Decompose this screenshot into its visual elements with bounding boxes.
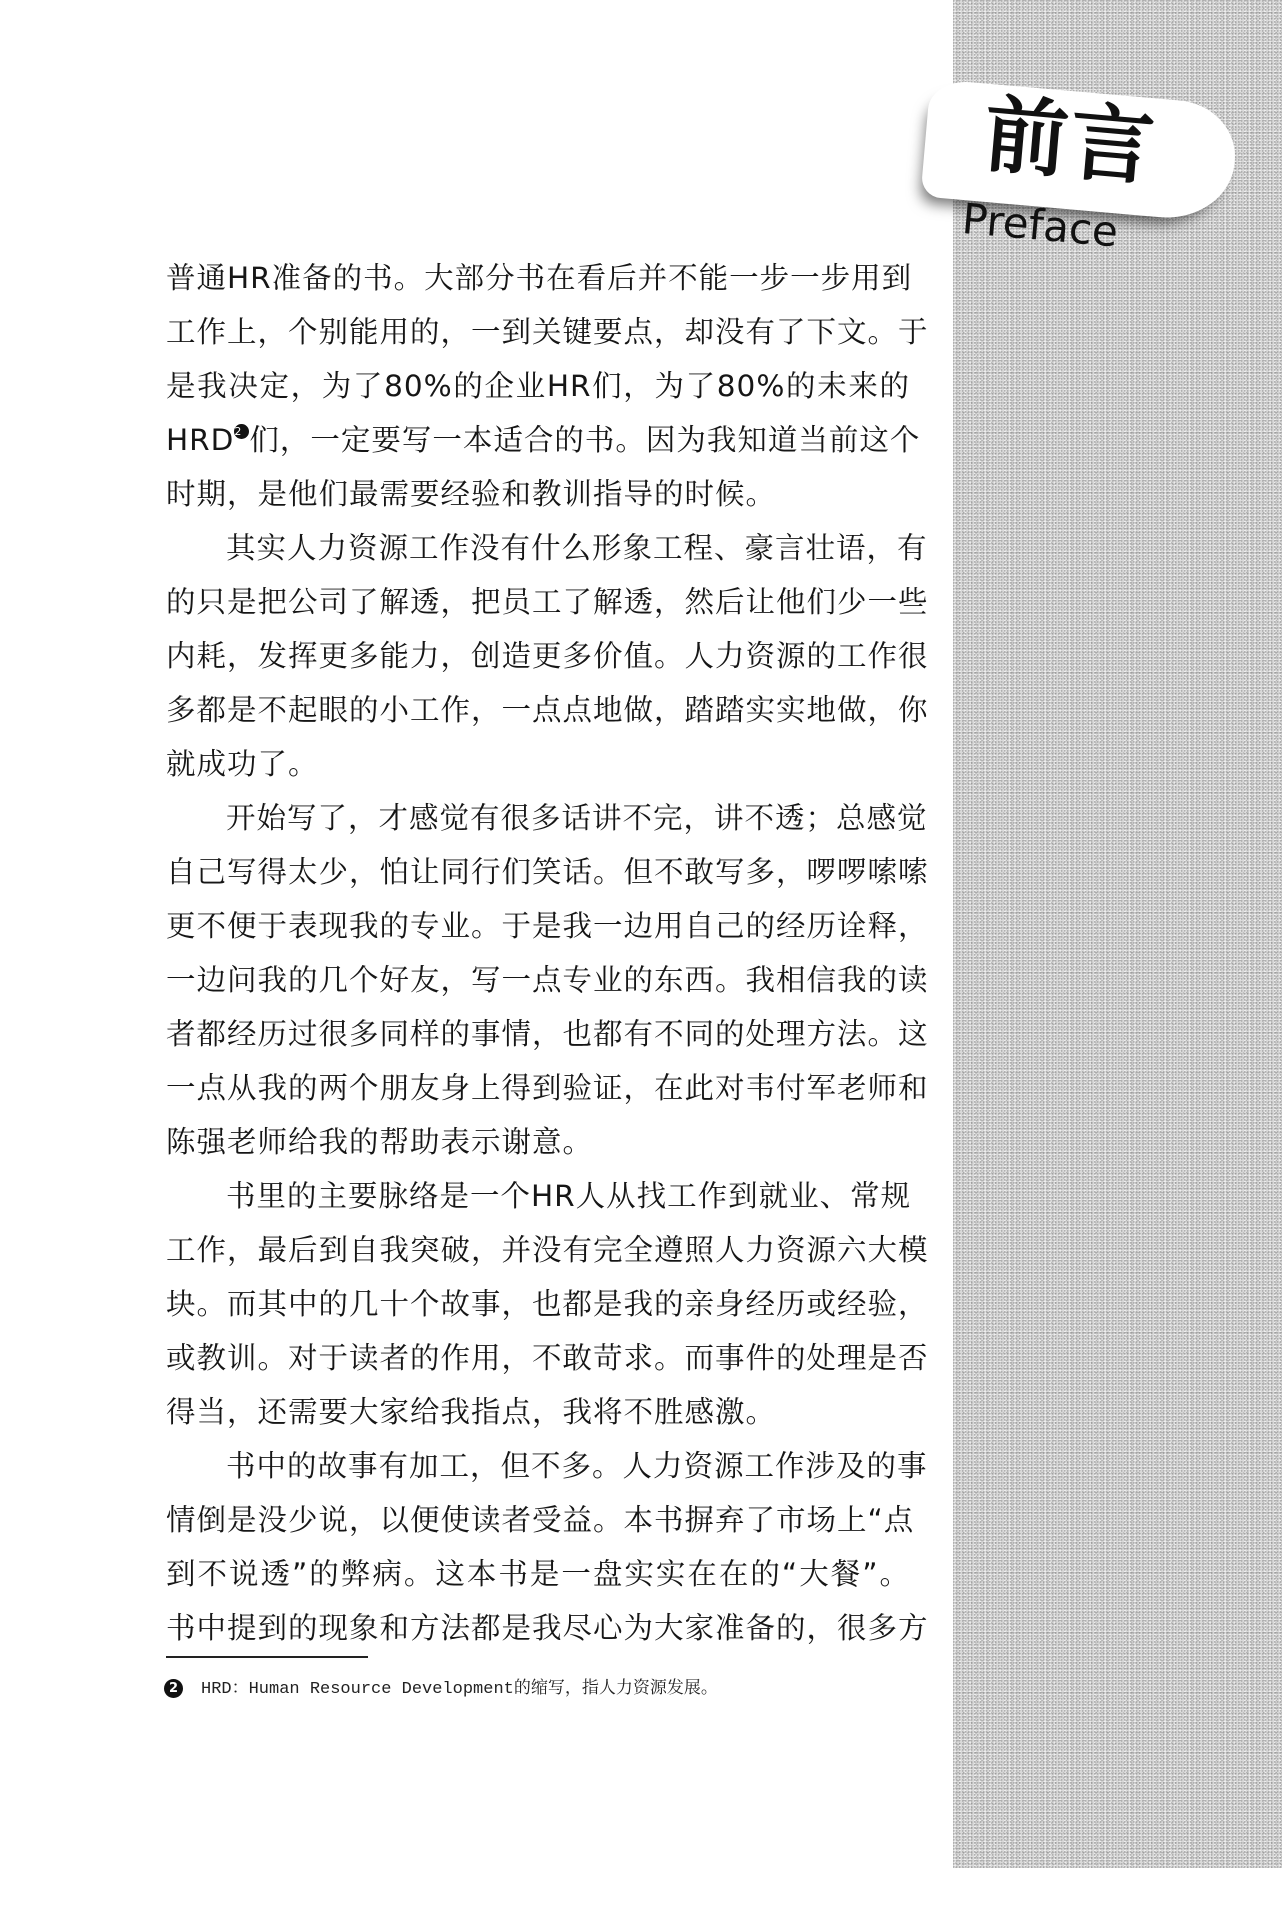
text-line: 书中的故事有加工，但不多。人力资源工作涉及的事 [166, 1448, 910, 1502]
text-line: 书里的主要脉络是一个HR人从找工作到就业、常规 [166, 1178, 910, 1232]
text-line: 时期，是他们最需要经验和教训指导的时候。 [166, 476, 910, 530]
text-line: 者都经历过很多同样的事情，也都有不同的处理方法。这 [166, 1016, 910, 1070]
text-line: 多都是不起眼的小工作，一点点地做，踏踏实实地做，你 [166, 692, 910, 746]
text-line: 一边问我的几个好友，写一点专业的东西。我相信我的读 [166, 962, 910, 1016]
text-line: 块。而其中的几十个故事，也都是我的亲身经历或经验， [166, 1286, 910, 1340]
preface-body: 普通HR准备的书。大部分书在看后并不能一步一步用到 工作上，个别能用的，一到关键… [166, 260, 910, 1664]
text-segment: HRD [166, 423, 234, 457]
text-line: 开始写了，才感觉有很多话讲不完，讲不透；总感觉 [166, 800, 910, 854]
footnote-number-icon: 2 [164, 1679, 183, 1698]
decorative-side-band [953, 0, 1282, 1868]
text-line: 工作，最后到自我突破，并没有完全遵照人力资源六大模 [166, 1232, 910, 1286]
text-line: 更不便于表现我的专业。于是我一边用自己的经历诠释， [166, 908, 910, 962]
text-line: 工作上，个别能用的，一到关键要点，却没有了下文。于 [166, 314, 910, 368]
footnote-divider [166, 1656, 368, 1658]
footnote-reference[interactable]: 2 [234, 424, 249, 439]
footnote: 2HRD：Human Resource Development的缩写，指人力资源… [164, 1678, 718, 1702]
text-line: 到不说透”的弊病。这本书是一盘实实在在的“大餐”。 [166, 1556, 910, 1610]
text-line: 的只是把公司了解透，把员工了解透，然后让他们少一些 [166, 584, 910, 638]
text-segment: 们，一定要写一本适合的书。因为我知道当前这个 [249, 423, 920, 457]
text-line: 普通HR准备的书。大部分书在看后并不能一步一步用到 [166, 260, 910, 314]
text-line: 陈强老师给我的帮助表示谢意。 [166, 1124, 910, 1178]
text-line: 自己写得太少，怕让同行们笑话。但不敢写多，啰啰嗦嗦 [166, 854, 910, 908]
text-line: 或教训。对于读者的作用，不敢苛求。而事件的处理是否 [166, 1340, 910, 1394]
text-line: 情倒是没少说，以便使读者受益。本书摒弃了市场上“点 [166, 1502, 910, 1556]
text-line: 内耗，发挥更多能力，创造更多价值。人力资源的工作很 [166, 638, 910, 692]
text-line: 得当，还需要大家给我指点，我将不胜感激。 [166, 1394, 910, 1448]
footnote-text: HRD：Human Resource Development的缩写，指人力资源发… [201, 1680, 718, 1699]
chapter-title: 前言 [981, 92, 1160, 191]
text-line: 就成功了。 [166, 746, 910, 800]
text-line: 其实人力资源工作没有什么形象工程、豪言壮语，有 [166, 530, 910, 584]
text-line: HRD2们，一定要写一本适合的书。因为我知道当前这个 [166, 422, 910, 476]
text-line: 是我决定，为了80%的企业HR们，为了80%的未来的 [166, 368, 910, 422]
text-line: 一点从我的两个朋友身上得到验证，在此对韦付军老师和 [166, 1070, 910, 1124]
